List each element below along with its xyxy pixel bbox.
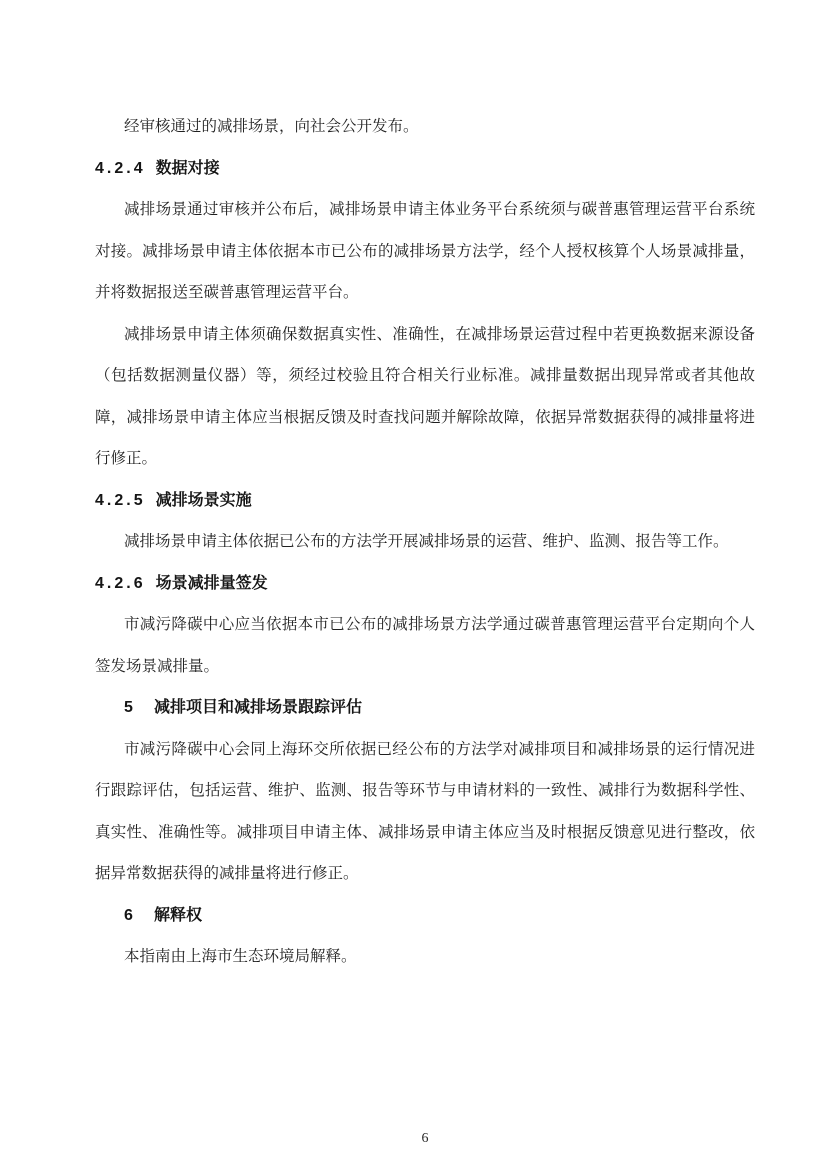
section-number: 4.2.4 <box>95 160 146 177</box>
chapter-number: 5 <box>124 687 154 729</box>
chapter-heading-5: 5减排项目和减排场景跟踪评估 <box>95 687 755 729</box>
paragraph-data-accuracy: 减排场景申请主体须确保数据真实性、准确性，在减排场景运营过程中若更换数据来源设备… <box>95 314 755 480</box>
page-number: 6 <box>95 1118 755 1160</box>
document-body: 经审核通过的减排场景，向社会公开发布。 4.2.4数据对接 减排场景通过审核并公… <box>95 0 755 978</box>
section-heading-4-2-4: 4.2.4数据对接 <box>95 148 755 190</box>
paragraph-interpretation: 本指南由上海市生态环境局解释。 <box>95 936 755 978</box>
chapter-title: 解释权 <box>154 907 202 924</box>
chapter-title: 减排项目和减排场景跟踪评估 <box>154 699 362 716</box>
document-page: 经审核通过的减排场景，向社会公开发布。 4.2.4数据对接 减排场景通过审核并公… <box>0 0 826 1169</box>
section-title: 减排场景实施 <box>156 492 252 509</box>
chapter-number: 6 <box>124 895 154 937</box>
paragraph-scenario-implementation: 减排场景申请主体依据已公布的方法学开展减排场景的运营、维护、监测、报告等工作。 <box>95 521 755 563</box>
paragraph-tracking-evaluation: 市减污降碳中心会同上海环交所依据已经公布的方法学对减排项目和减排场景的运行情况进… <box>95 729 755 895</box>
section-heading-4-2-6: 4.2.6场景减排量签发 <box>95 563 755 605</box>
section-title: 数据对接 <box>156 160 220 177</box>
chapter-heading-6: 6解释权 <box>95 895 755 937</box>
section-number: 4.2.6 <box>95 575 146 592</box>
paragraph-data-integration: 减排场景通过审核并公布后，减排场景申请主体业务平台系统须与碳普惠管理运营平台系统… <box>95 189 755 314</box>
section-number: 4.2.5 <box>95 492 146 509</box>
section-title: 场景减排量签发 <box>156 575 268 592</box>
paragraph-publish-scenarios: 经审核通过的减排场景，向社会公开发布。 <box>95 106 755 148</box>
section-heading-4-2-5: 4.2.5减排场景实施 <box>95 480 755 522</box>
paragraph-issuance: 市减污降碳中心应当依据本市已公布的减排场景方法学通过碳普惠管理运营平台定期向个人… <box>95 604 755 687</box>
